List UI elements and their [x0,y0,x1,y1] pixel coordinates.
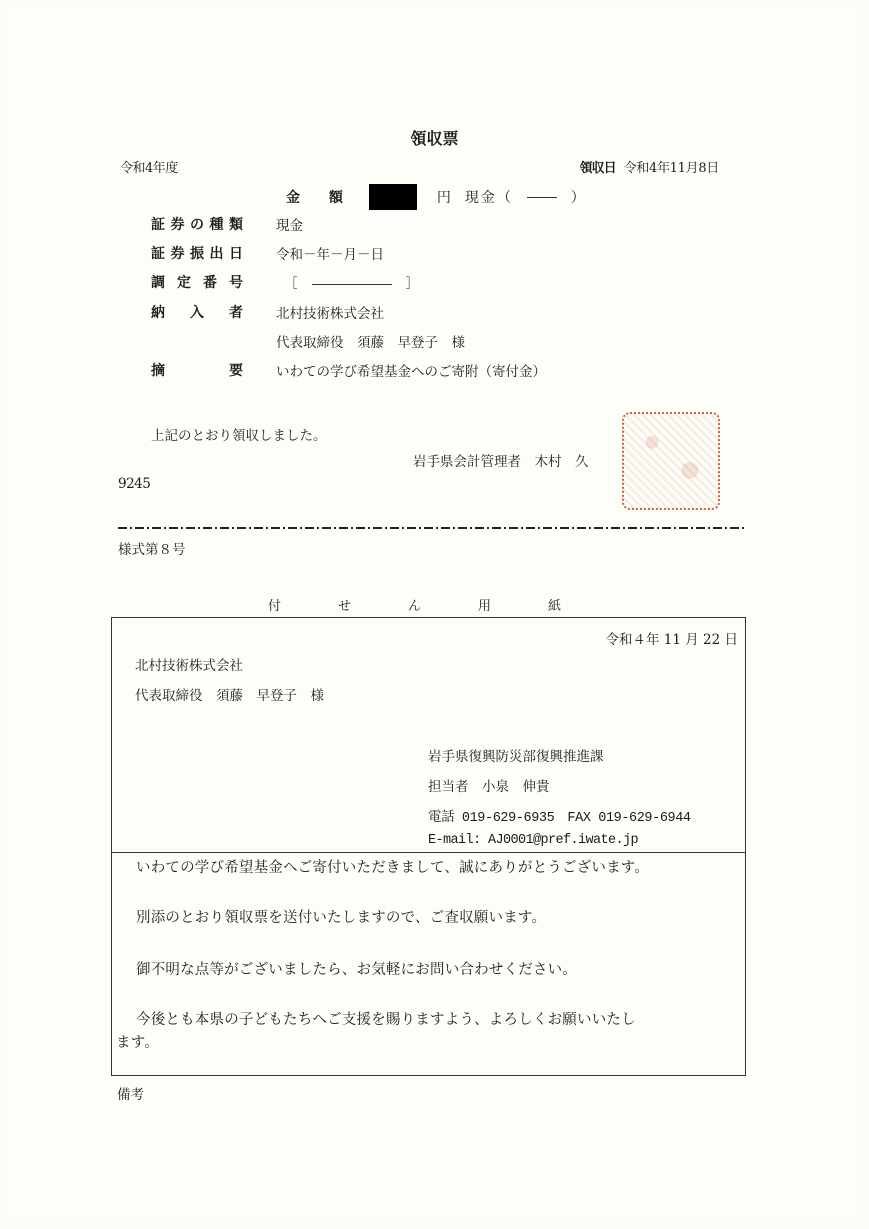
yen-label: 円 [437,187,451,207]
fusen-title: 付せん用紙 [268,595,618,614]
bracket-open: ［ [284,276,298,292]
field-value: 令和－年－月－日 [276,243,384,263]
field-label: 証券の種類 [151,214,243,234]
field-value: いわての学び希望基金へのご寄附（寄付金） [276,360,546,380]
field-label-char: 券 [171,214,185,234]
field-label-char: 日 [229,243,243,263]
message-line-5: ます。 [116,1031,159,1052]
field-label: 調定番号 [151,272,243,292]
fusen-title-char: 付 [268,595,338,614]
fusen-title-char: せ [338,595,408,614]
official-seal-stamp [622,412,720,510]
message-line-3: 御不明な点等がございましたら、お気軽にお問い合わせください。 [136,958,577,979]
field-label-char: 種 [210,214,224,234]
field-label-char: 類 [229,214,243,234]
message-line-4: 今後とも本県の子どもたちへご支援を賜りますよう、よろしくお願いいたし [136,1008,636,1029]
field-label-char: 定 [177,272,191,292]
field-value: 北村技術株式会社 [276,302,384,322]
field-label-char: 摘 [151,360,165,380]
form-number: 様式第８号 [118,538,186,558]
field-label-char: の [190,214,204,234]
fusen-title-char: 紙 [548,595,618,614]
remarks-label: 備考 [117,1083,144,1103]
field-label: 摘要 [151,360,243,380]
message-line-1: いわての学び希望基金へご寄付いただきまして、誠にありがとうございます。 [136,856,649,877]
amount-row: 金 額 円 現金（ ） [286,184,585,210]
acknowledgement: 上記のとおり領収しました。 [151,424,327,444]
cash-label: 現金（ [465,187,513,207]
message-line-2: 別添のとおり領収票を送付いたしますので、ご査収願います。 [136,906,546,927]
field-label-char: 号 [229,272,243,292]
fusen-title-char: ん [408,595,478,614]
field-value-secondary: 代表取締役 須藤 早登子 様 [276,331,465,351]
field-label-char: 納 [151,302,165,322]
receipt-date-label: 領収日 [580,161,616,176]
note-divider [111,852,746,853]
receipt-code: 9245 [118,476,150,492]
sender-department: 岩手県復興防災部復興推進課 [428,745,604,765]
field-label-char: 証 [151,214,165,234]
field-label-char: 要 [229,360,243,380]
cash-close: ） [571,187,585,207]
field-label-char: 出 [210,243,224,263]
field-value: ［］ [284,272,419,292]
fiscal-year: 令和4年度 [120,157,178,176]
note-date: 令和４年 11 月 22 日 [605,628,738,648]
field-label-char: 番 [203,272,217,292]
fusen-title-char: 用 [478,595,548,614]
recipient-person: 代表取締役 須藤 早登子 様 [135,684,324,704]
receipt-date: 領収日令和4年11月8日 [580,157,719,176]
signer: 岩手県会計管理者 木村 久 [413,450,589,470]
field-label-char: 入 [190,302,204,322]
sender-person: 担当者 小泉 伸貴 [428,775,550,795]
field-label-char: 者 [229,302,243,322]
field-label-char: 調 [151,272,165,292]
cut-line [118,527,746,529]
redacted-amount [369,184,417,210]
sender-phone-fax: 電話 019-629-6935 FAX 019-629-6944 [428,805,691,826]
field-label-char: 証 [151,243,165,263]
field-label-char: 券 [171,243,185,263]
receipt-date-value: 令和4年11月8日 [624,161,719,176]
receipt-title: 領収票 [0,126,869,149]
field-label: 納入者 [151,302,243,322]
sender-email[interactable]: E-mail: AJ0001@pref.iwate.jp [428,833,638,848]
field-label: 証券振出日 [151,243,243,263]
recipient-company: 北村技術株式会社 [135,654,243,674]
amount-label: 金 額 [286,187,355,207]
bracket-close: ］ [406,276,420,292]
blank-line [312,284,392,285]
field-label-char: 振 [190,243,204,263]
blank-dash [527,197,557,198]
field-value: 現金 [276,214,303,234]
